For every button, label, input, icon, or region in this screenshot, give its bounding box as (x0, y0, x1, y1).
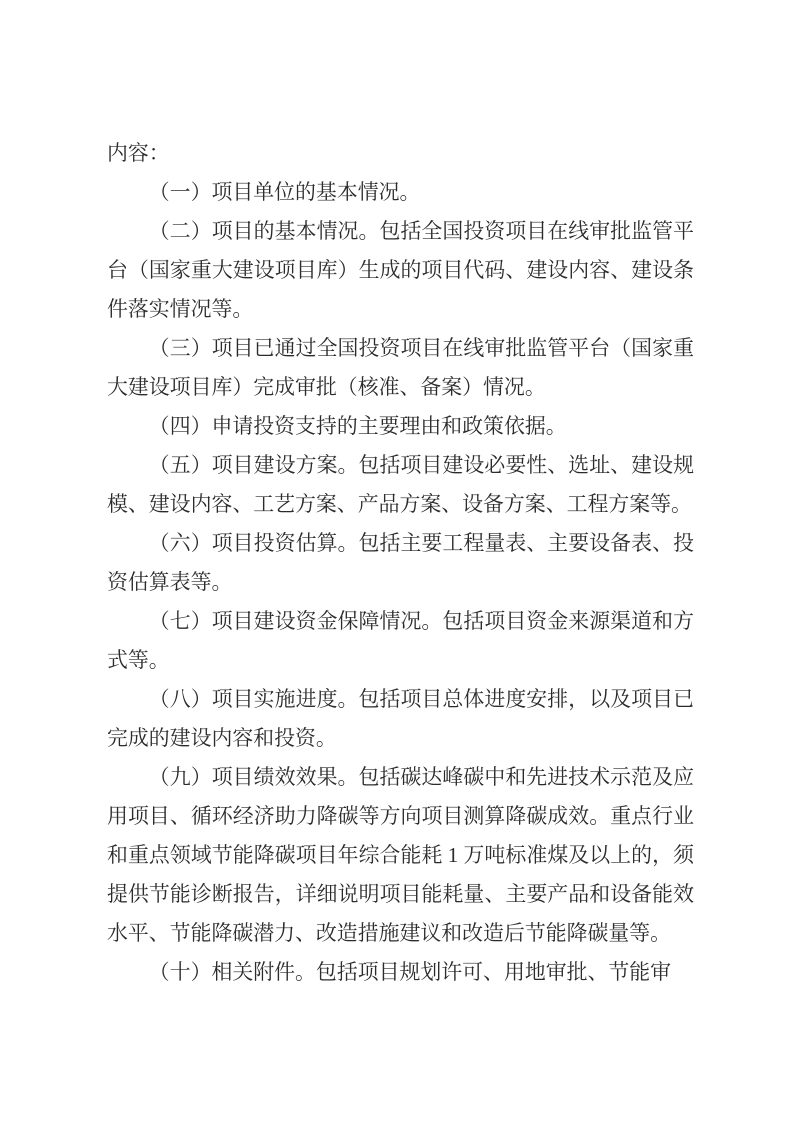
paragraph: （十）相关附件。包括项目规划许可、用地审批、节能审 (107, 953, 694, 992)
paragraph: （一）项目单位的基本情况。 (107, 173, 694, 212)
paragraph: （六）项目投资估算。包括主要工程量表、主要设备表、投资估算表等。 (107, 524, 694, 602)
paragraph: （八）项目实施进度。包括项目总体进度安排，以及项目已完成的建设内容和投资。 (107, 680, 694, 758)
document-body: 内容：（一）项目单位的基本情况。（二）项目的基本情况。包括全国投资项目在线审批监… (107, 134, 694, 992)
paragraph: （四）申请投资支持的主要理由和政策依据。 (107, 407, 694, 446)
paragraph: （二）项目的基本情况。包括全国投资项目在线审批监管平台（国家重大建设项目库）生成… (107, 212, 694, 329)
paragraph: （五）项目建设方案。包括项目建设必要性、选址、建设规模、建设内容、工艺方案、产品… (107, 446, 694, 524)
paragraph: （七）项目建设资金保障情况。包括项目资金来源渠道和方式等。 (107, 602, 694, 680)
paragraph: （三）项目已通过全国投资项目在线审批监管平台（国家重大建设项目库）完成审批（核准… (107, 329, 694, 407)
document-page: 内容：（一）项目单位的基本情况。（二）项目的基本情况。包括全国投资项目在线审批监… (0, 0, 794, 1123)
paragraph: 内容： (107, 134, 694, 173)
paragraph: （九）项目绩效效果。包括碳达峰碳中和先进技术示范及应用项目、循环经济助力降碳等方… (107, 758, 694, 953)
